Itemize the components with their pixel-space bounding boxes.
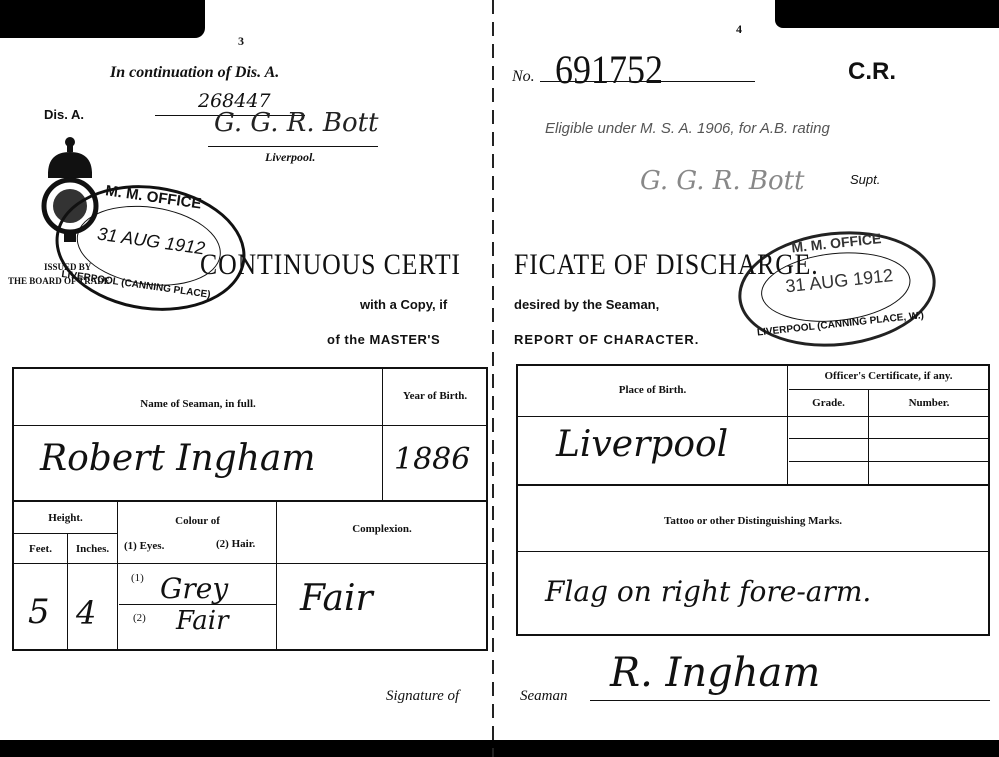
supt-signature-line [208, 146, 378, 147]
header-number: Number. [870, 397, 988, 409]
mm-office-stamp-right: M. M. OFFICE 31 AUG 1912 LIVERPOOL (CANN… [733, 222, 942, 356]
signature-label-right: Seaman [520, 688, 568, 705]
divider [518, 551, 988, 552]
divider [276, 502, 277, 649]
divider [14, 500, 486, 502]
title-right-half: FICATE OF DISCHARGE. [514, 248, 819, 282]
complexion-value: Fair [300, 578, 373, 619]
header-year-of-birth: Year of Birth. [384, 390, 486, 402]
subtitle-left-2: of the MASTER'S [327, 332, 440, 347]
centre-fold [492, 0, 494, 757]
divider [868, 389, 869, 484]
subtitle-right-1: desired by the Seaman, [514, 297, 659, 312]
number-underline [540, 81, 755, 82]
height-feet-value: 5 [28, 592, 50, 632]
hair-marker: (2) [133, 612, 146, 624]
header-feet: Feet. [14, 543, 67, 555]
number-label: No. [512, 68, 535, 86]
continuation-label: In continuation of Dis. A. [110, 64, 279, 82]
subtitle-left-1: with a Copy, if [360, 297, 447, 312]
page-number-left: 3 [238, 34, 244, 49]
header-eyes: (1) Eyes. [124, 540, 164, 552]
superintendent-signature-left: G. G. R. Bott [214, 108, 379, 138]
place-of-birth-value: Liverpool [556, 424, 728, 465]
divider [14, 563, 486, 564]
divider [382, 369, 383, 502]
eyes-marker: (1) [131, 572, 144, 584]
seaman-name-value: Robert Ingham [40, 438, 315, 479]
superintendent-signature-right: G. G. R. Bott [640, 166, 805, 196]
header-inches: Inches. [68, 543, 117, 555]
header-colour-of: Colour of [119, 515, 276, 527]
signature-label-left: Signature of [386, 688, 459, 705]
header-hair: (2) Hair. [216, 538, 255, 550]
divider [518, 484, 988, 486]
supt-label: Supt. [850, 172, 880, 187]
title-left-half: CONTINUOUS CERTI [200, 248, 461, 282]
dis-a-label: Dis. A. [44, 107, 84, 122]
divider [117, 502, 118, 649]
divider [14, 425, 486, 426]
header-place-of-birth: Place of Birth. [518, 384, 787, 396]
divider [789, 461, 988, 462]
certificate-number: 691752 [555, 46, 663, 93]
header-name: Name of Seaman, in full. [14, 398, 382, 410]
eligibility-note: Eligible under M. S. A. 1906, for A.B. r… [545, 120, 830, 137]
divider [789, 438, 988, 439]
divider [787, 366, 788, 484]
scan-margin-top-left [0, 0, 205, 38]
hair-colour-value: Fair [176, 606, 229, 636]
header-officers-certificate: Officer's Certificate, if any. [789, 370, 988, 382]
header-complexion: Complexion. [278, 523, 486, 535]
signature-line [590, 700, 990, 701]
header-tattoo-marks: Tattoo or other Distinguishing Marks. [518, 515, 988, 527]
tattoo-marks-value: Flag on right fore-arm. [545, 575, 871, 608]
page-number-right: 4 [736, 22, 742, 37]
scan-margin-top-right [775, 0, 999, 28]
divider [789, 389, 988, 390]
divider [14, 533, 117, 534]
location-label: Liverpool. [265, 150, 315, 165]
eyes-colour-value: Grey [160, 572, 228, 605]
subtitle-right-2: REPORT OF CHARACTER. [514, 332, 699, 347]
year-of-birth-value: 1886 [394, 442, 470, 477]
cr-code: C.R. [848, 58, 896, 86]
header-grade: Grade. [789, 397, 868, 409]
seaman-signature-value: R. Ingham [610, 650, 820, 696]
header-height: Height. [14, 512, 117, 524]
scan-margin-bottom [0, 740, 999, 757]
height-inches-value: 4 [76, 594, 96, 632]
divider [518, 416, 988, 417]
